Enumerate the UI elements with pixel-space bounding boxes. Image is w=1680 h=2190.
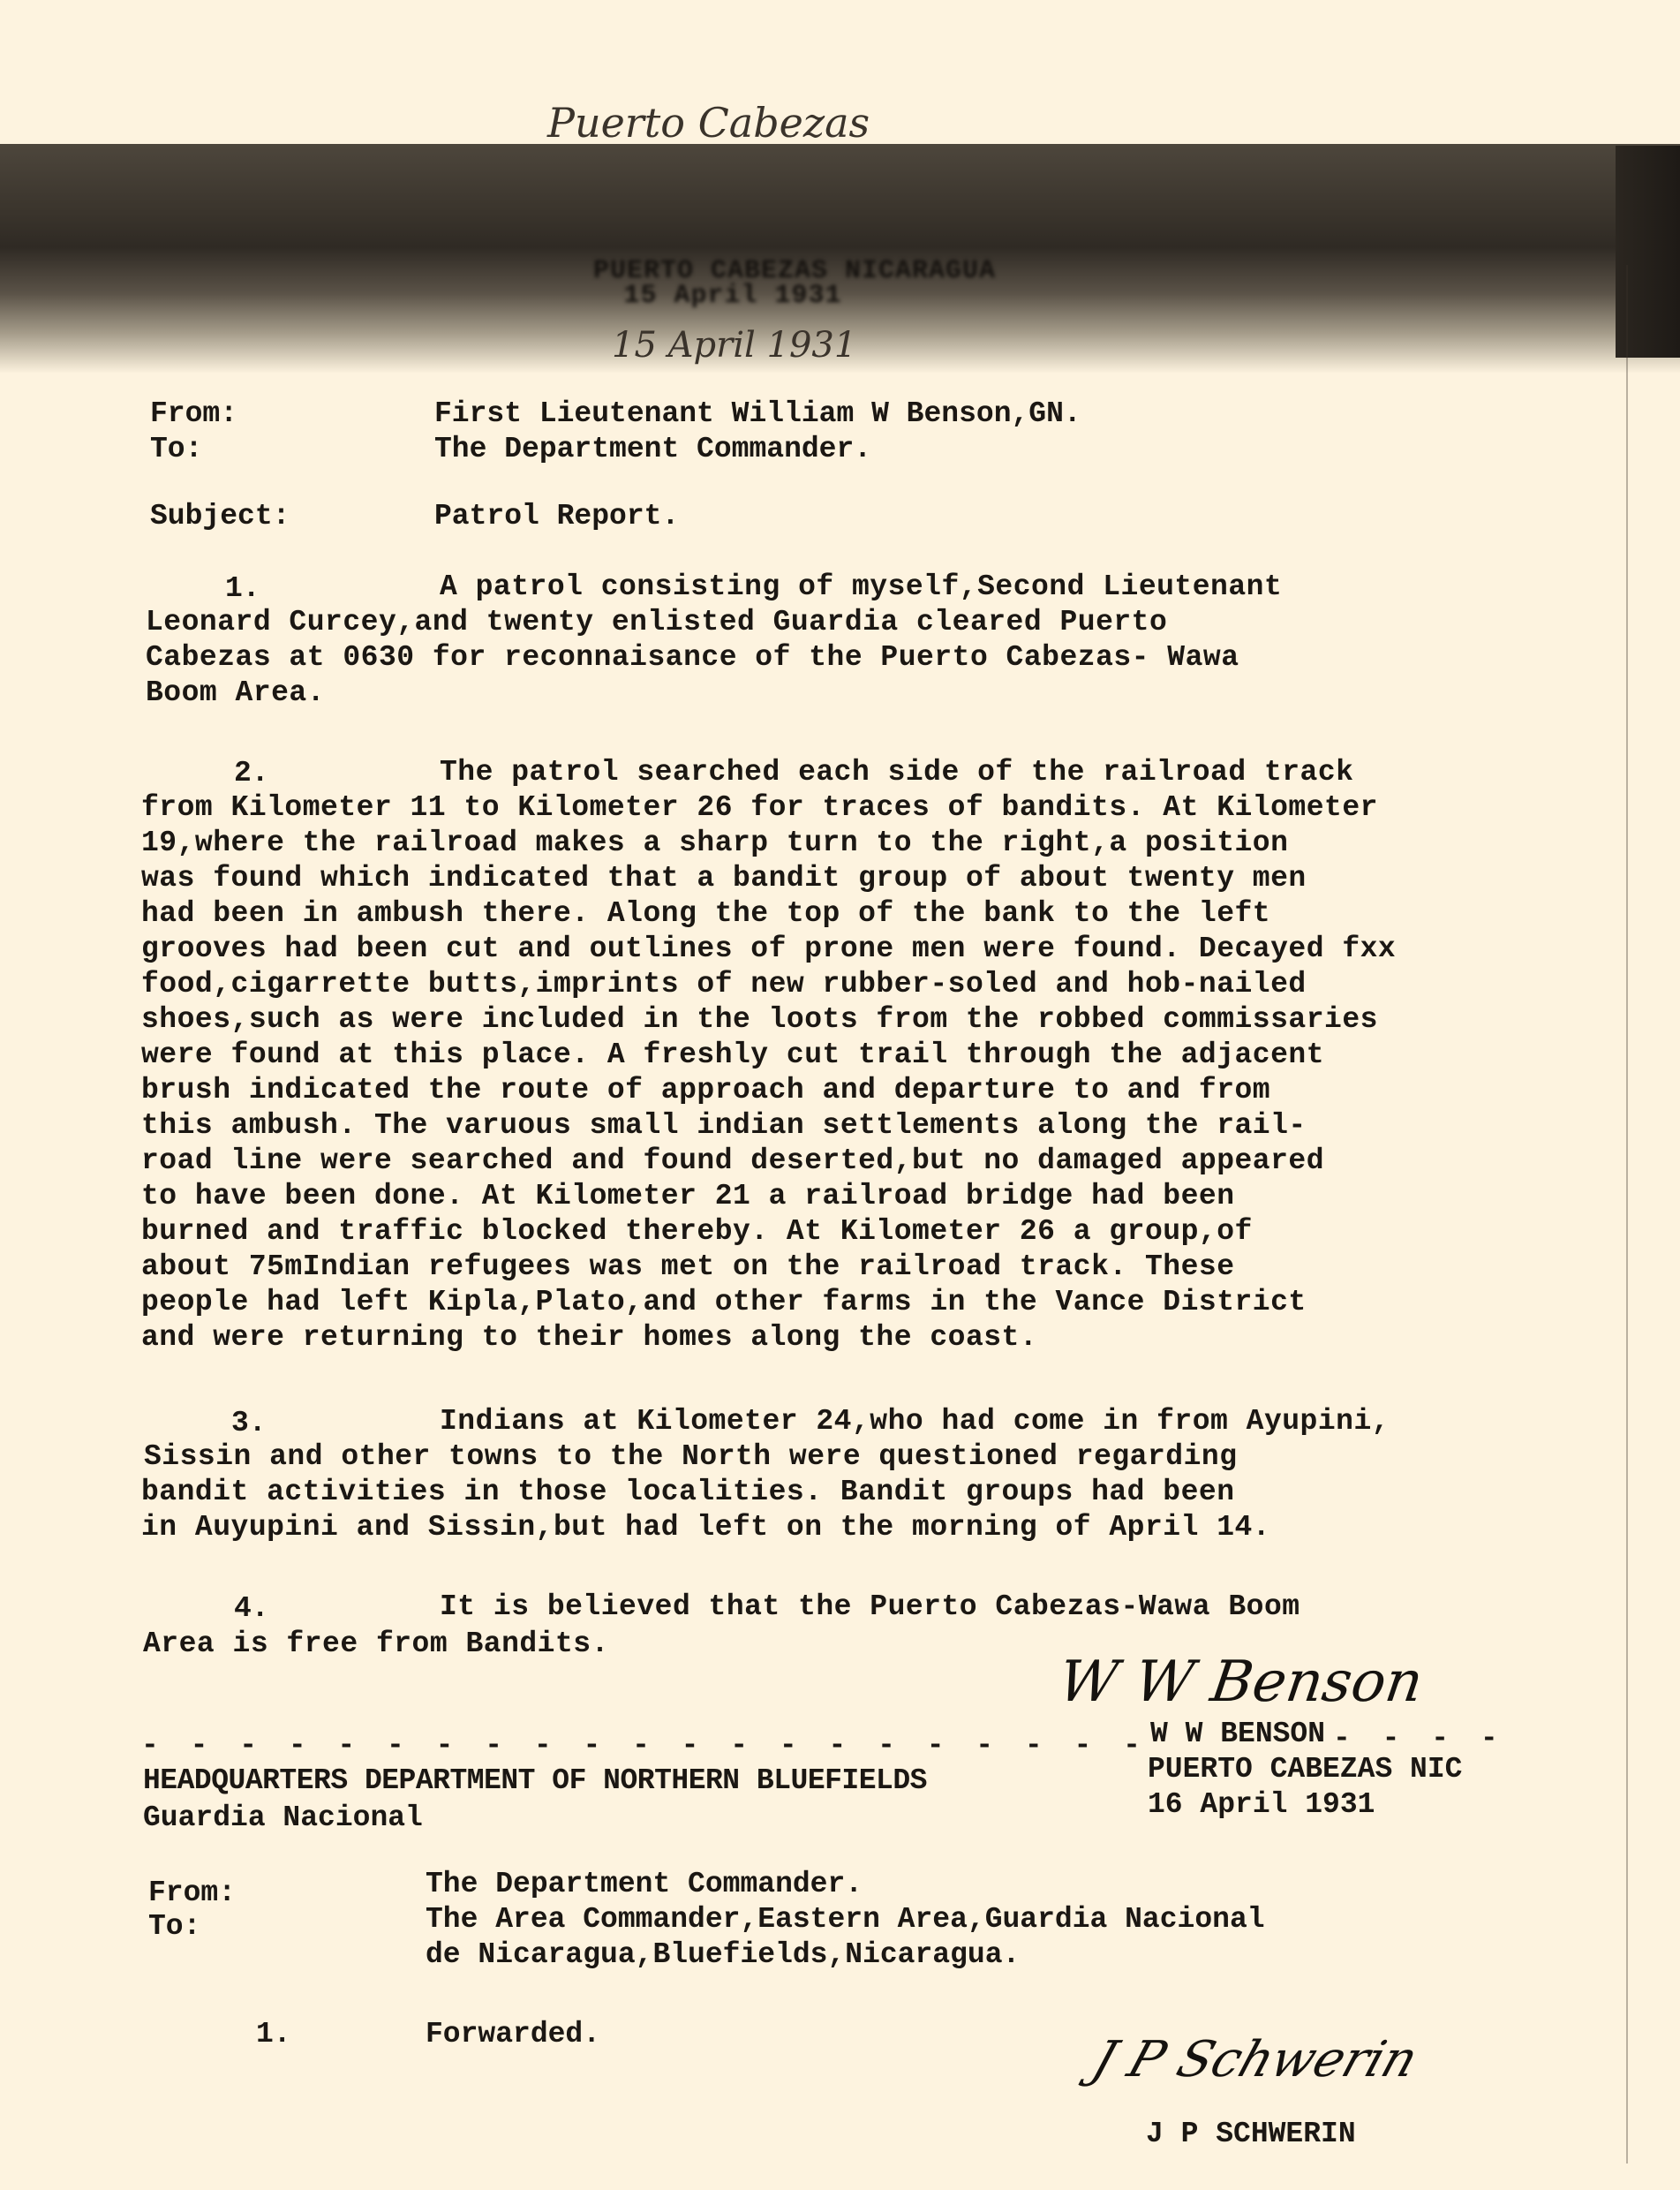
letterhead-date: 15 April 1931	[530, 281, 936, 311]
paragraph-number: 4.	[234, 1592, 269, 1625]
paragraph-line: were found at this place. A freshly cut …	[141, 1038, 1324, 1073]
paragraph-line: in Auyupini and Sissin,but had left on t…	[141, 1510, 1270, 1545]
endorsement-to-value-1: The Area Commander,Eastern Area,Guardia …	[426, 1903, 1265, 1936]
subject-label: Subject:	[150, 500, 290, 532]
paragraph-line: people had left Kipla,Plato,and other fa…	[141, 1285, 1307, 1320]
endorsement-item-number: 1.	[256, 2018, 291, 2050]
paragraph-line: to have been done. At Kilometer 21 a rai…	[141, 1179, 1235, 1214]
paragraph-line: this ambush. The varuous small indian se…	[141, 1108, 1307, 1144]
paragraph-line: was found which indicated that a bandit …	[141, 861, 1307, 896]
from-value: First Lieutenant William W Benson,GN.	[434, 397, 1081, 430]
paragraph-line: It is believed that the Puerto Cabezas-W…	[440, 1590, 1300, 1625]
benson-signature: W W Benson	[1055, 1650, 1427, 1715]
paragraph-number: 3.	[231, 1407, 267, 1439]
paragraph-line: from Kilometer 11 to Kilometer 26 for tr…	[141, 790, 1378, 826]
endorsement-to-label: To:	[148, 1910, 200, 1943]
paragraph-line: 19,where the railroad makes a sharp turn…	[141, 826, 1288, 861]
endorsement-to-value-2: de Nicaragua,Bluefields,Nicaragua.	[426, 1938, 1020, 1971]
endorsement-location: PUERTO CABEZAS NIC	[1148, 1753, 1462, 1786]
paragraph-line: and were returning to their homes along …	[141, 1320, 1037, 1356]
handwritten-date: 15 April 1931	[612, 325, 856, 366]
org-line: Guardia Nacional	[143, 1801, 423, 1834]
paragraph-line: Cabezas at 0630 for reconnaisance of the…	[146, 640, 1239, 676]
paragraph-number: 1.	[225, 572, 260, 605]
paragraph-line: brush indicated the route of approach an…	[141, 1073, 1270, 1108]
paragraph-line: had been in ambush there. Along the top …	[141, 896, 1270, 932]
handwritten-location: Puerto Cabezas	[547, 99, 870, 147]
divider-dashes-right: - - - -	[1333, 1722, 1505, 1755]
endorsement-from-value: The Department Commander.	[426, 1868, 863, 1900]
endorsement-date: 16 April 1931	[1148, 1788, 1375, 1821]
paper-edge-line	[1626, 265, 1628, 2164]
paragraph-line: Boom Area.	[146, 676, 325, 711]
schwerin-typed-name: J P SCHWERIN	[1146, 2118, 1356, 2150]
from-label: From:	[150, 397, 237, 430]
paragraph-line: about 75mIndian refugees was met on the …	[141, 1250, 1235, 1285]
paragraph-line: shoes,such as were included in the loots…	[141, 1002, 1378, 1038]
paragraph-line: Sissin and other towns to the North were…	[144, 1439, 1238, 1475]
document-page: Puerto Cabezas PUERTO CABEZAS NICARAGUA …	[0, 0, 1680, 2190]
paragraph-line: burned and traffic blocked thereby. At K…	[141, 1214, 1253, 1250]
endorsement-item-text: Forwarded.	[426, 2018, 600, 2050]
paragraph-line: Leonard Curcey,and twenty enlisted Guard…	[146, 605, 1167, 640]
paragraph-line: road line were searched and found desert…	[141, 1144, 1324, 1179]
photocopy-edge-shadow	[1616, 146, 1680, 358]
divider-dashes-left: - - - - - - - - - - - - - - - - - - - - …	[141, 1729, 1148, 1762]
paragraph-line: Indians at Kilometer 24,who had come in …	[440, 1404, 1390, 1439]
benson-typed-name: W W BENSON	[1150, 1718, 1325, 1750]
paragraph-line: The patrol searched each side of the rai…	[440, 755, 1353, 790]
paragraph-line: grooves had been cut and outlines of pro…	[141, 932, 1396, 967]
schwerin-signature: J P Schwerin	[1085, 2031, 1424, 2088]
endorsement-from-label: From:	[148, 1877, 236, 1909]
paragraph-line: food,cigarrette butts,imprints of new ru…	[141, 967, 1307, 1002]
paragraph-line: bandit activities in those localities. B…	[141, 1475, 1235, 1510]
to-label: To:	[150, 433, 202, 465]
to-value: The Department Commander.	[434, 433, 871, 465]
paragraph-number: 2.	[234, 757, 269, 789]
paragraph-line: A patrol consisting of myself,Second Lie…	[440, 570, 1282, 605]
paragraph-line: Area is free from Bandits.	[143, 1627, 609, 1662]
subject-value: Patrol Report.	[434, 500, 679, 532]
hq-line: HEADQUARTERS DEPARTMENT OF NORTHERN BLUE…	[143, 1764, 927, 1797]
